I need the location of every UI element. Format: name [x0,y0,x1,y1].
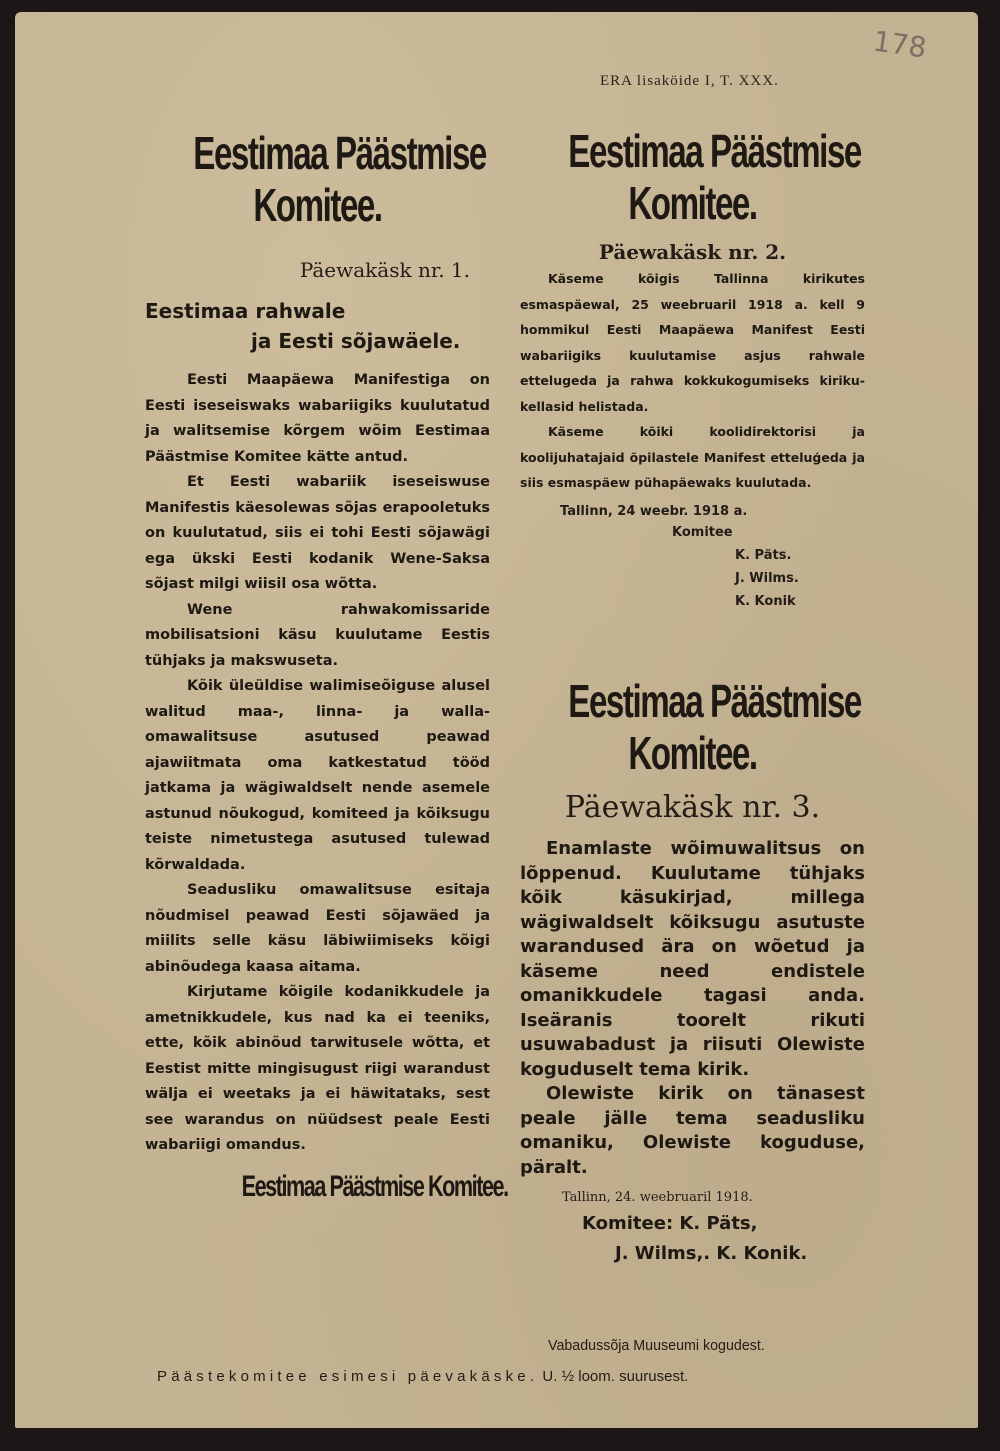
order-2-committee-label: Komitee [520,525,865,540]
order-3-header-line1: Eestimaa Päästmise [568,676,816,726]
address-line-2: ja Eesti sõjawäele. [145,326,490,356]
order-1-body: Eesti Maapäewa Manifestiga on Eesti ises… [145,368,490,1159]
paragraph: Kõik üleüldise walimiseõiguse alusel wal… [145,674,490,878]
signatory: J. Wilms. [520,571,865,586]
order-1-header-line1: Eestimaa Päästmise [193,128,441,178]
order-2-place-date: Tallinn, 24 weebr. 1918 a. [520,504,865,519]
paragraph: Kirjutame kõigile kodanikkudele ja ametn… [145,980,490,1159]
order-3-body: Enamlaste wõimuwalitsus on lõppenud. Kuu… [520,837,865,1180]
order-2-body: Käseme kõigis Tallinna kirikutes esmaspä… [520,266,865,496]
paragraph: Käseme kõigis Tallinna kirikutes esmaspä… [520,266,865,419]
footer-note-scale: U. ½ loom. suurusest. [538,1368,688,1385]
order-3-title: Päewakäsk nr. 3. [520,790,865,825]
paragraph: Wene rahwakomissaride mobilisatsioni käs… [145,598,490,675]
order-2: Eestimaa Päästmise Komitee. Päewakäsk nr… [520,120,865,609]
order-2-header-line1: Eestimaa Päästmise [568,126,816,176]
order-3-signature-line2: J. Wilms,. K. Konik. [520,1239,865,1269]
footer-note-title: Päästekomitee esimesi päevakäske. [157,1368,538,1385]
order-3-signature-line1: Komitee: K. Päts, [520,1209,865,1239]
archive-reference: ERA lisaköide I, T. XXX. [600,73,779,90]
paragraph: Et Eesti wabariik iseseiswuse Manifestis… [145,470,490,598]
order-3-header-line2: Komitee. [568,728,816,778]
paragraph: Enamlaste wõimuwalitsus on lõppenud. Kuu… [520,837,865,1082]
order-1: Eestimaa Päästmise Komitee. Päewakäsk nr… [145,120,490,1205]
paragraph: Käseme kõiki koolidirektorisi ja kooliju… [520,419,865,496]
order-1-signature: Eestimaa Päästmise Komitee. [242,1169,490,1205]
paragraph: Seadusliku omawalitsuse esitaja nõudmise… [145,878,490,980]
order-2-header-line2: Komitee. [568,178,816,228]
order-3: Eestimaa Päästmise Komitee. Päewakäsk nr… [520,670,865,1269]
order-3-place-date: Tallinn, 24. weebruaril 1918. [520,1190,865,1205]
order-1-header-line2: Komitee. [193,180,441,230]
paragraph: Eesti Maapäewa Manifestiga on Eesti ises… [145,368,490,470]
order-2-title: Päewakäsk nr. 2. [520,240,865,264]
order-1-address: Eestimaa rahwale ja Eesti sõjawäele. [145,296,490,356]
footer-source: Vabadussõja Muuseumi kogudest. [548,1337,765,1354]
signatory: K. Päts. [520,548,865,563]
paragraph: Olewiste kirik on tänasest peale jälle t… [520,1082,865,1180]
footer-note: Päästekomitee esimesi päevakäske. U. ½ l… [157,1368,688,1385]
order-1-title: Päewakäsk nr. 1. [145,258,490,282]
address-line-1: Eestimaa rahwale [145,296,490,326]
signatory: K. Konik [520,594,865,609]
